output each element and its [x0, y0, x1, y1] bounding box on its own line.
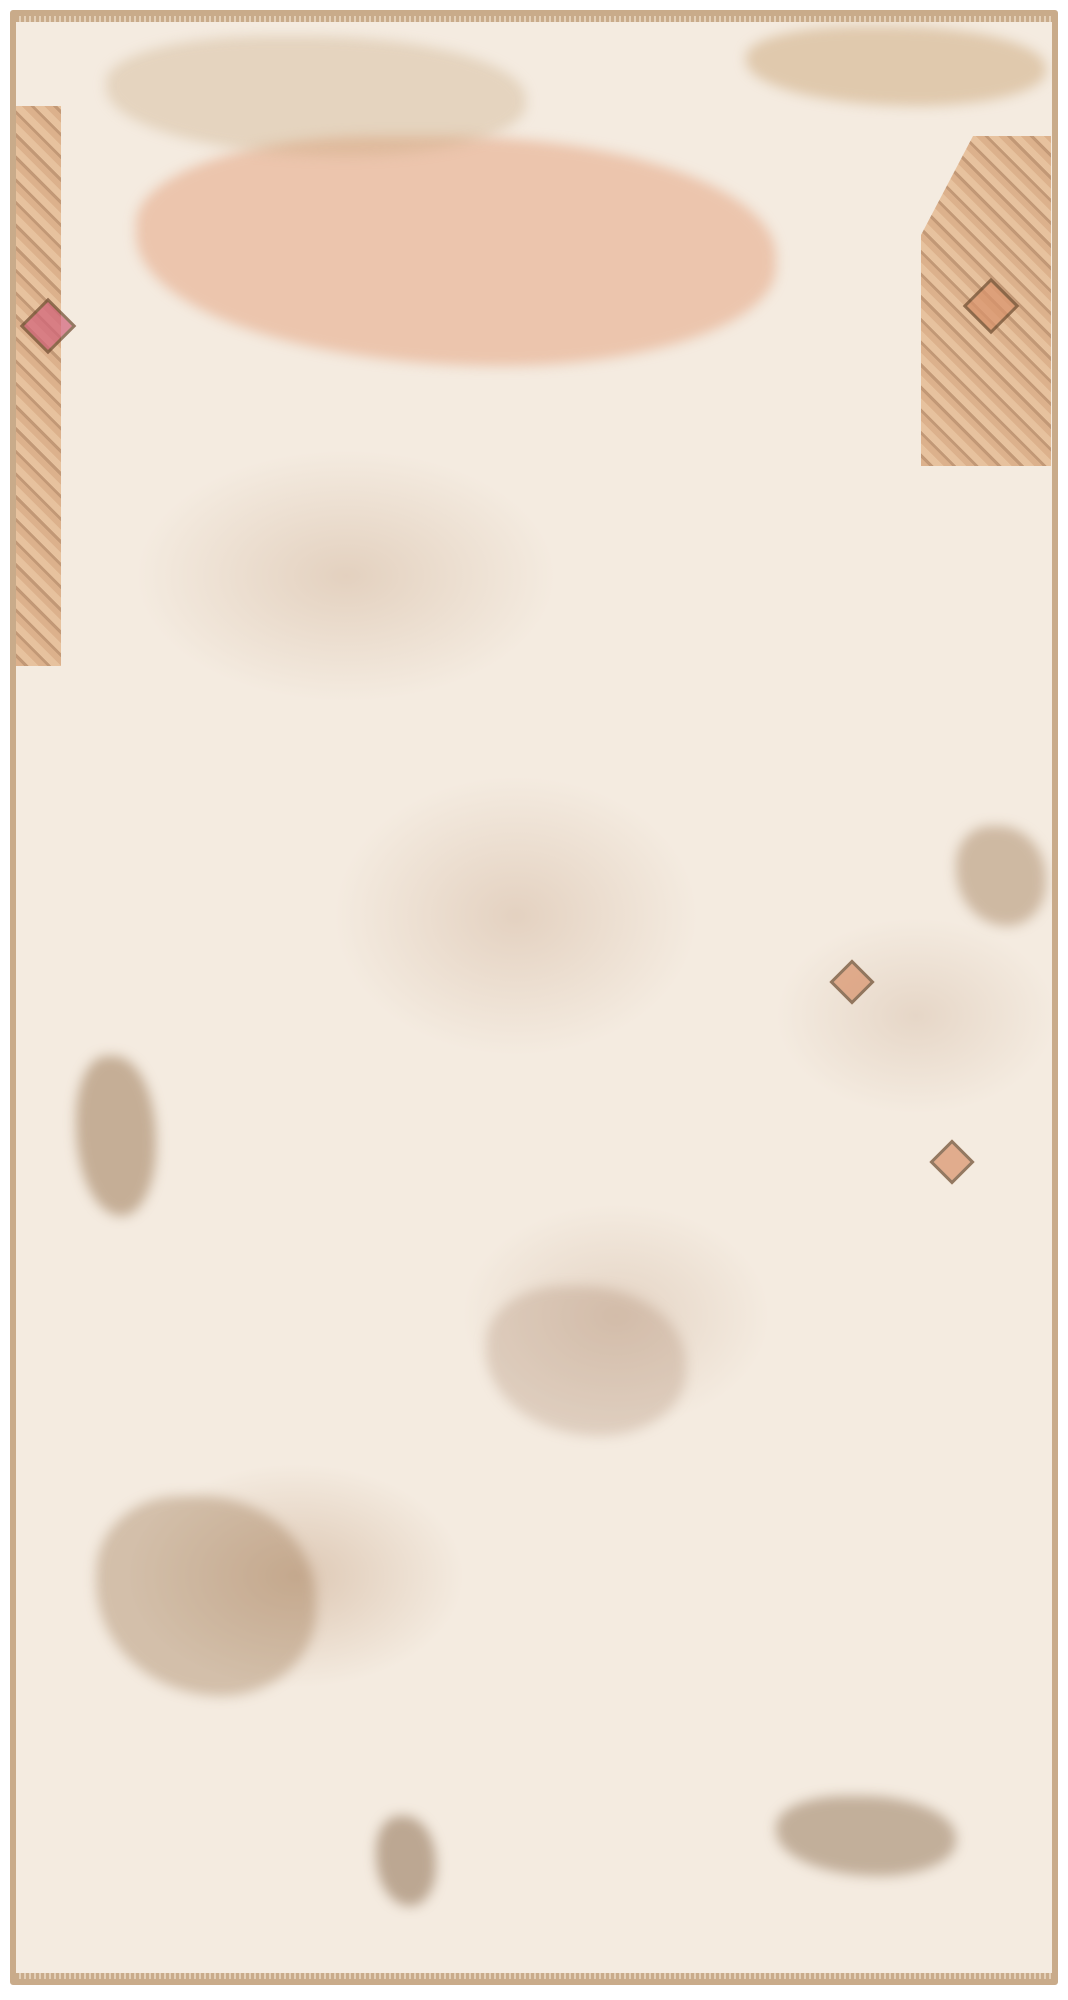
rug [10, 10, 1058, 1985]
top-fringe [16, 16, 1052, 22]
left-border-band [16, 106, 61, 666]
bottom-fringe [16, 1973, 1052, 1979]
